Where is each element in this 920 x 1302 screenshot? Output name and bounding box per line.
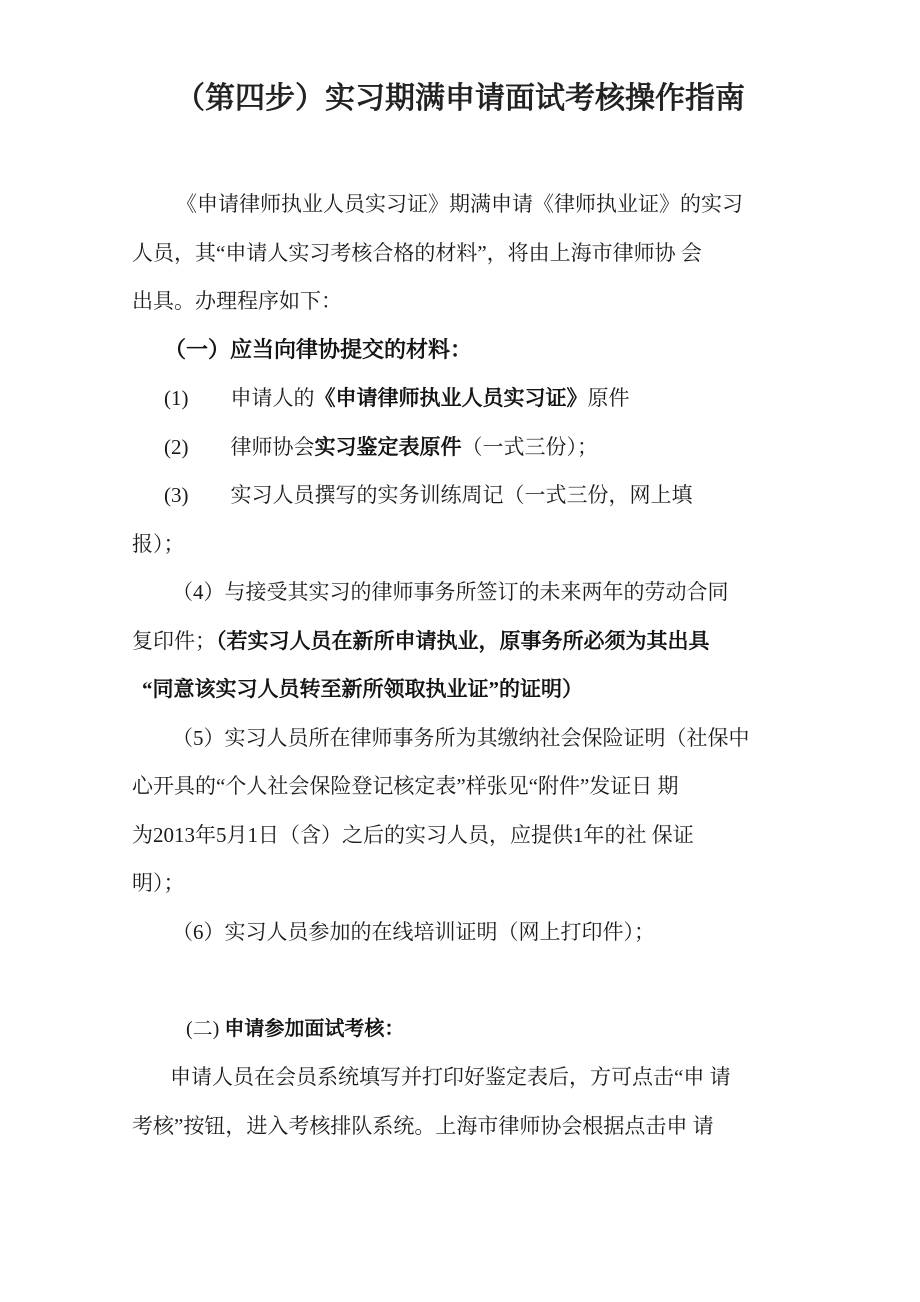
list-item-2: (2) 律师协会实习鉴定表原件（一式三份）； — [132, 423, 794, 472]
text-run: 人员，其“申请人实习考核合格的材料”，将由上海市律师协 会 — [132, 241, 702, 265]
list-item-5-line-3: 为2013年5月1日（含）之后的实习人员，应提供1年的社 保证 — [132, 811, 794, 860]
list-item-1: (1) 申请人的《申请律师执业人员实习证》原件 — [132, 374, 794, 423]
bold-text-run: （若实习人员在新所申请执业，原事务所必须为其出具 — [216, 629, 710, 653]
document-title: （第四步）实习期满申请面试考核操作指南 — [0, 80, 920, 118]
list-item-3-line-2: 报）； — [132, 520, 794, 569]
blank-line — [132, 956, 794, 1005]
text-run: 明）； — [132, 871, 185, 895]
text-run: 申请人员在会员系统填写并打印好鉴定表后，方可点击“申 请 — [170, 1065, 731, 1089]
text-run: （5）实习人员所在律师事务所为其缴纳社会保险证明（社保中 — [172, 726, 750, 750]
paragraph-line: 出具。办理程序如下： — [132, 277, 794, 326]
bold-text-run: 《申请律师执业人员实习证》 — [315, 386, 588, 410]
bold-text-run: （一）应当向律协提交的材料： — [164, 337, 472, 362]
text-run: (2) 律师协会 — [164, 435, 315, 459]
list-item-6: （6）实习人员参加的在线培训证明（网上打印件）； — [132, 908, 794, 957]
bold-text-run: 实习鉴定表原件 — [315, 435, 462, 459]
bold-text-run: “同意该实习人员转至新所领取执业证”的证明） — [142, 677, 583, 701]
text-run: （6）实习人员参加的在线培训证明（网上打印件）； — [172, 920, 655, 944]
bold-text-run: 申请参加面试考核： — [224, 1018, 404, 1040]
text-run: 《申请律师执业人员实习证》期满申请《律师执业证》的实习 — [176, 192, 743, 216]
paragraph-line: 申请人员在会员系统填写并打印好鉴定表后，方可点击“申 请 — [132, 1053, 794, 1102]
list-item-3-line-1: (3) 实习人员撰写的实务训练周记（一式三份，网上填 — [132, 471, 794, 520]
text-run: 复印件； — [132, 629, 216, 653]
list-item-5-line-4: 明）； — [132, 859, 794, 908]
text-run: 为2013年5月1日（含）之后的实习人员，应提供1年的社 保证 — [132, 823, 694, 847]
text-run: （4）与接受其实习的律师事务所签订的未来两年的劳动合同 — [172, 580, 729, 604]
text-run: 心开具的“个人社会保险登记核定表”样张见“附件”发证日 期 — [132, 774, 679, 798]
text-run: 考核”按钮，进入考核排队系统。上海市律师协会根据点击申 请 — [132, 1114, 714, 1138]
section-heading-1: （一）应当向律协提交的材料： — [132, 326, 794, 375]
text-run: (1) 申请人的 — [164, 386, 315, 410]
section-heading-2: (二) 申请参加面试考核： — [132, 1005, 794, 1054]
paragraph-line: 人员，其“申请人实习考核合格的材料”，将由上海市律师协 会 — [132, 229, 794, 278]
text-run: 原件 — [588, 386, 630, 410]
text-run: 报）； — [132, 532, 185, 556]
document-page: （第四步）实习期满申请面试考核操作指南 《申请律师执业人员实习证》期满申请《律师… — [0, 0, 920, 1302]
text-run: (二) — [186, 1018, 224, 1040]
paragraph-line: 考核”按钮，进入考核排队系统。上海市律师协会根据点击申 请 — [132, 1102, 794, 1151]
document-body: 《申请律师执业人员实习证》期满申请《律师执业证》的实习人员，其“申请人实习考核合… — [0, 180, 920, 1150]
list-item-5-line-2: 心开具的“个人社会保险登记核定表”样张见“附件”发证日 期 — [132, 762, 794, 811]
list-item-4-line-1: （4）与接受其实习的律师事务所签订的未来两年的劳动合同 — [132, 568, 794, 617]
list-item-5-line-1: （5）实习人员所在律师事务所为其缴纳社会保险证明（社保中 — [132, 714, 794, 763]
text-run: （一式三份）； — [462, 435, 599, 459]
text-run: 出具。办理程序如下： — [132, 289, 342, 313]
paragraph-line: 《申请律师执业人员实习证》期满申请《律师执业证》的实习 — [132, 180, 794, 229]
text-run: (3) 实习人员撰写的实务训练周记（一式三份，网上填 — [164, 483, 692, 507]
list-item-4-line-3: “同意该实习人员转至新所领取执业证”的证明） — [132, 665, 794, 714]
list-item-4-line-2: 复印件；（若实习人员在新所申请执业，原事务所必须为其出具 — [132, 617, 794, 666]
